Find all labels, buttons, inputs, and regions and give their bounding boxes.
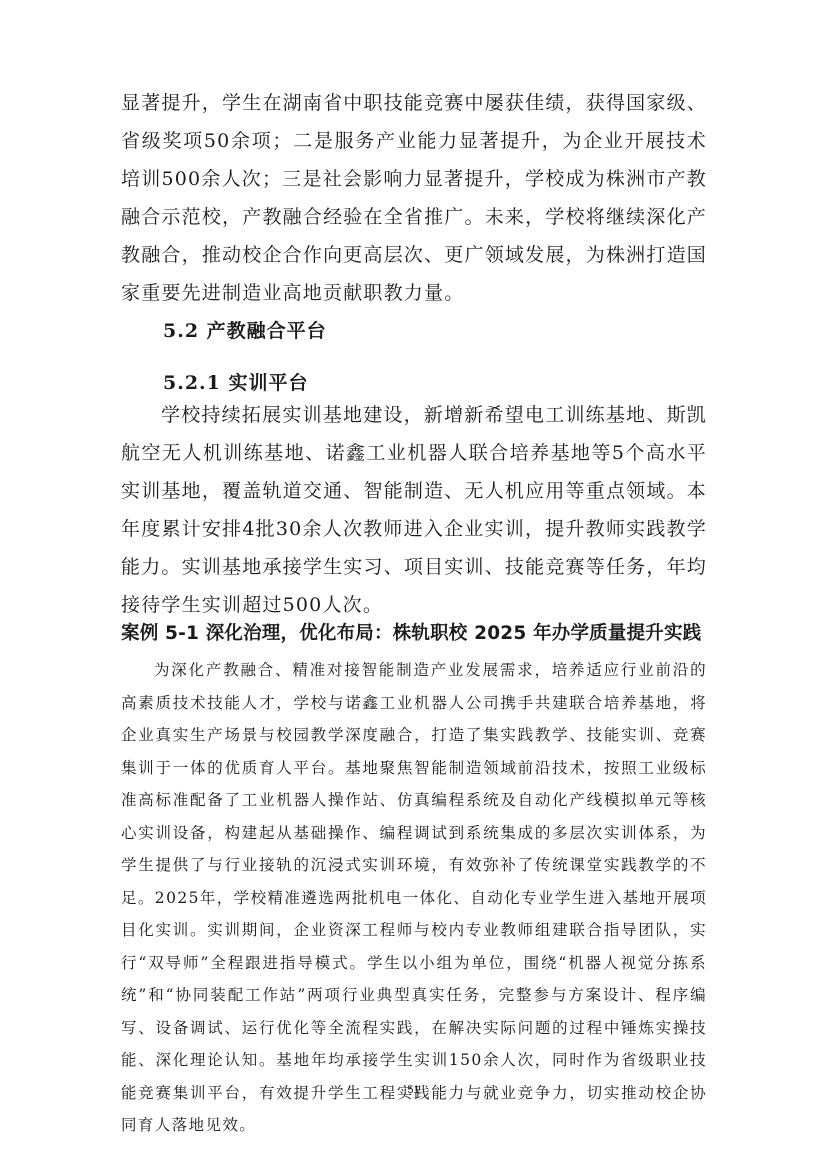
document-page: 显著提升，学生在湖南省中职技能竞赛中屡获佳绩，获得国家级、省级奖项50余项；二是… xyxy=(0,0,827,1169)
subsection-heading: 5.2.1 实训平台 xyxy=(163,368,309,398)
subsection-paragraph: 学校持续拓展实训基地建设，新增新希望电工训练基地、斯凯航空无人机训练基地、诺鑫工… xyxy=(121,396,707,624)
section-heading: 5.2 产教融合平台 xyxy=(163,316,327,346)
case-title: 案例 5-1 深化治理，优化布局：株轨职校 2025 年办学质量提升实践 xyxy=(121,620,721,648)
case-body: 为深化产教融合、精准对接智能制造产业发展需求，培养适应行业前沿的高素质技术技能人… xyxy=(121,654,707,1142)
page-number: 51 xyxy=(0,1084,827,1096)
continued-paragraph: 显著提升，学生在湖南省中职技能竞赛中屡获佳绩，获得国家级、省级奖项50余项；二是… xyxy=(121,84,707,312)
